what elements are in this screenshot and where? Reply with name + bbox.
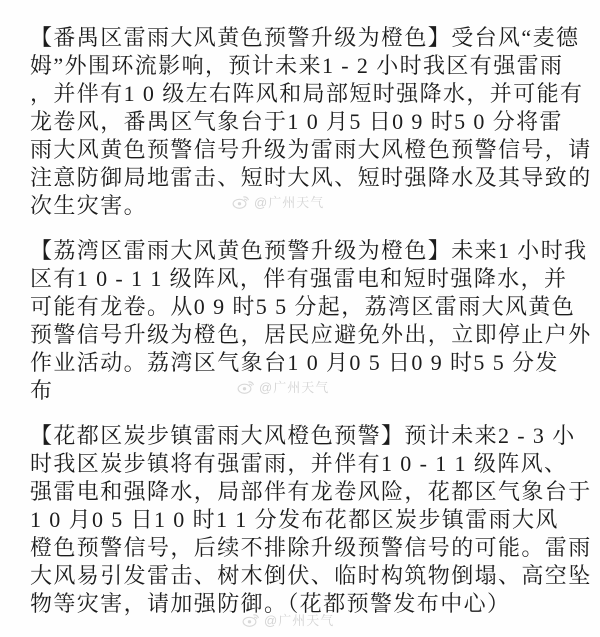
text-line: 橙色预警信号，后续不排除升级预警信号的可能。雷雨 bbox=[30, 534, 586, 562]
text-line: ，并伴有1 0 级左右阵风和局部短时强降水，并可能有 bbox=[30, 80, 586, 108]
warning-paragraph-panyu: 【番禺区雷雨大风黄色预警升级为橙色】受台风“麦德 姆”外围环流影响，预计未来1 … bbox=[30, 24, 586, 220]
text-line: 雨大风黄色预警信号升级为雷雨大风橙色预警信号，请 bbox=[30, 136, 586, 164]
warning-paragraph-huadu: 【花都区炭步镇雷雨大风橙色预警】预计未来2 - 3 小 时我区炭步镇将有强雷雨，… bbox=[30, 422, 586, 618]
text-line: 【番禺区雷雨大风黄色预警升级为橙色】受台风“麦德 bbox=[30, 24, 586, 52]
text-line: 龙卷风，番禺区气象台于1 0 月5 日0 9 时5 0 分将雷 bbox=[30, 108, 586, 136]
warning-paragraph-liwan: 【荔湾区雷雨大风黄色预警升级为橙色】未来1 小时我 区有1 0 - 1 1 级阵… bbox=[30, 237, 586, 405]
text-line: 【花都区炭步镇雷雨大风橙色预警】预计未来2 - 3 小 bbox=[30, 422, 586, 450]
text-line: 强雷电和强降水，局部伴有龙卷风险，花都区气象台于 bbox=[30, 478, 586, 506]
text-line: 可能有龙卷。从0 9 时5 5 分起，荔湾区雷雨大风黄色 bbox=[30, 293, 586, 321]
text-line: 时我区炭步镇将有强雷雨，并伴有1 0 - 1 1 级阵风、 bbox=[30, 450, 586, 478]
text-line: 次生灾害。 bbox=[30, 192, 586, 220]
text-line: 1 0 月0 5 日1 0 时1 1 分发布花都区炭步镇雷雨大风 bbox=[30, 506, 586, 534]
text-line: 姆”外围环流影响，预计未来1 - 2 小时我区有强雷雨 bbox=[30, 52, 586, 80]
text-line: 区有1 0 - 1 1 级阵风，伴有强雷电和短时强降水，并 bbox=[30, 265, 586, 293]
text-line: 【荔湾区雷雨大风黄色预警升级为橙色】未来1 小时我 bbox=[30, 237, 586, 265]
text-line: 预警信号升级为橙色，居民应避免外出，立即停止户外 bbox=[30, 321, 586, 349]
text-line: 布 bbox=[30, 377, 586, 405]
text-line: 物等灾害，请加强防御。（花都预警发布中心） bbox=[30, 590, 586, 618]
text-line: 作业活动。荔湾区气象台1 0 月0 5 日0 9 时5 5 分发 bbox=[30, 349, 586, 377]
text-line: 注意防御局地雷击、短时大风、短时强降水及其导致的 bbox=[30, 164, 586, 192]
text-line: 大风易引发雷击、树木倒伏、临时构筑物倒塌、高空坠 bbox=[30, 562, 586, 590]
warning-text-body: 【番禺区雷雨大风黄色预警升级为橙色】受台风“麦德 姆”外围环流影响，预计未来1 … bbox=[30, 24, 586, 635]
